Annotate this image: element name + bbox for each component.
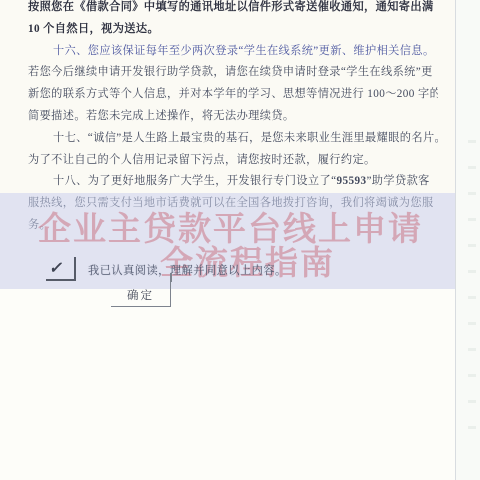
check-icon: ✓	[48, 258, 66, 278]
agreement-row: ✓ 我已认真阅读，理解并同意以上内容。	[46, 259, 287, 281]
scan-noise	[468, 140, 476, 440]
agreement-label: 我已认真阅读，理解并同意以上内容。	[88, 261, 287, 281]
confirm-button[interactable]: 确定	[111, 282, 171, 307]
page-bottom-blank	[0, 289, 480, 480]
scanned-document-page: 按照您在《借款合同》中填写的通讯地址以信件形式寄送催收通知，通知寄出满10 个自…	[0, 0, 480, 480]
doc-line: 务。	[28, 215, 438, 237]
page-edge-line	[455, 0, 456, 480]
doc-line: 简要描述。若您未完成上述操作，将无法办理续贷。	[28, 106, 438, 128]
doc-line: 若您今后继续申请开发银行助学贷款，请您在续贷申请时登录“学生在线系统”更	[28, 62, 438, 84]
doc-line: 10 个自然日，视为送达。	[28, 19, 438, 41]
doc-line: 为了不让自己的个人信用记录留下污点，请您按时还款，履行约定。	[28, 150, 438, 172]
doc-line: 十七、“诚信”是人生路上最宝贵的基石，是您未来职业生涯里最耀眼的名片。	[28, 128, 438, 150]
doc-line: 新您的联系方式等个人信息，并对本学年的学习、思想等情况进行 100～200 字的	[28, 84, 438, 106]
doc-line: 十六、您应该保证每年至少两次登录“学生在线系统”更新、维护相关信息。	[28, 41, 438, 63]
doc-line: 服热线，您只需支付当地市话费就可以在全国各地拨打咨询，我们将竭诚为您服	[28, 193, 438, 215]
doc-line: 十八、为了更好地服务广大学生，开发银行专门设立了“95593”助学贷款客	[28, 171, 438, 193]
agreement-checkbox[interactable]: ✓	[46, 260, 74, 281]
doc-line: 按照您在《借款合同》中填写的通讯地址以信件形式寄送催收通知，通知寄出满	[28, 0, 438, 19]
document-text-block: 按照您在《借款合同》中填写的通讯地址以信件形式寄送催收通知，通知寄出满10 个自…	[28, 0, 438, 237]
